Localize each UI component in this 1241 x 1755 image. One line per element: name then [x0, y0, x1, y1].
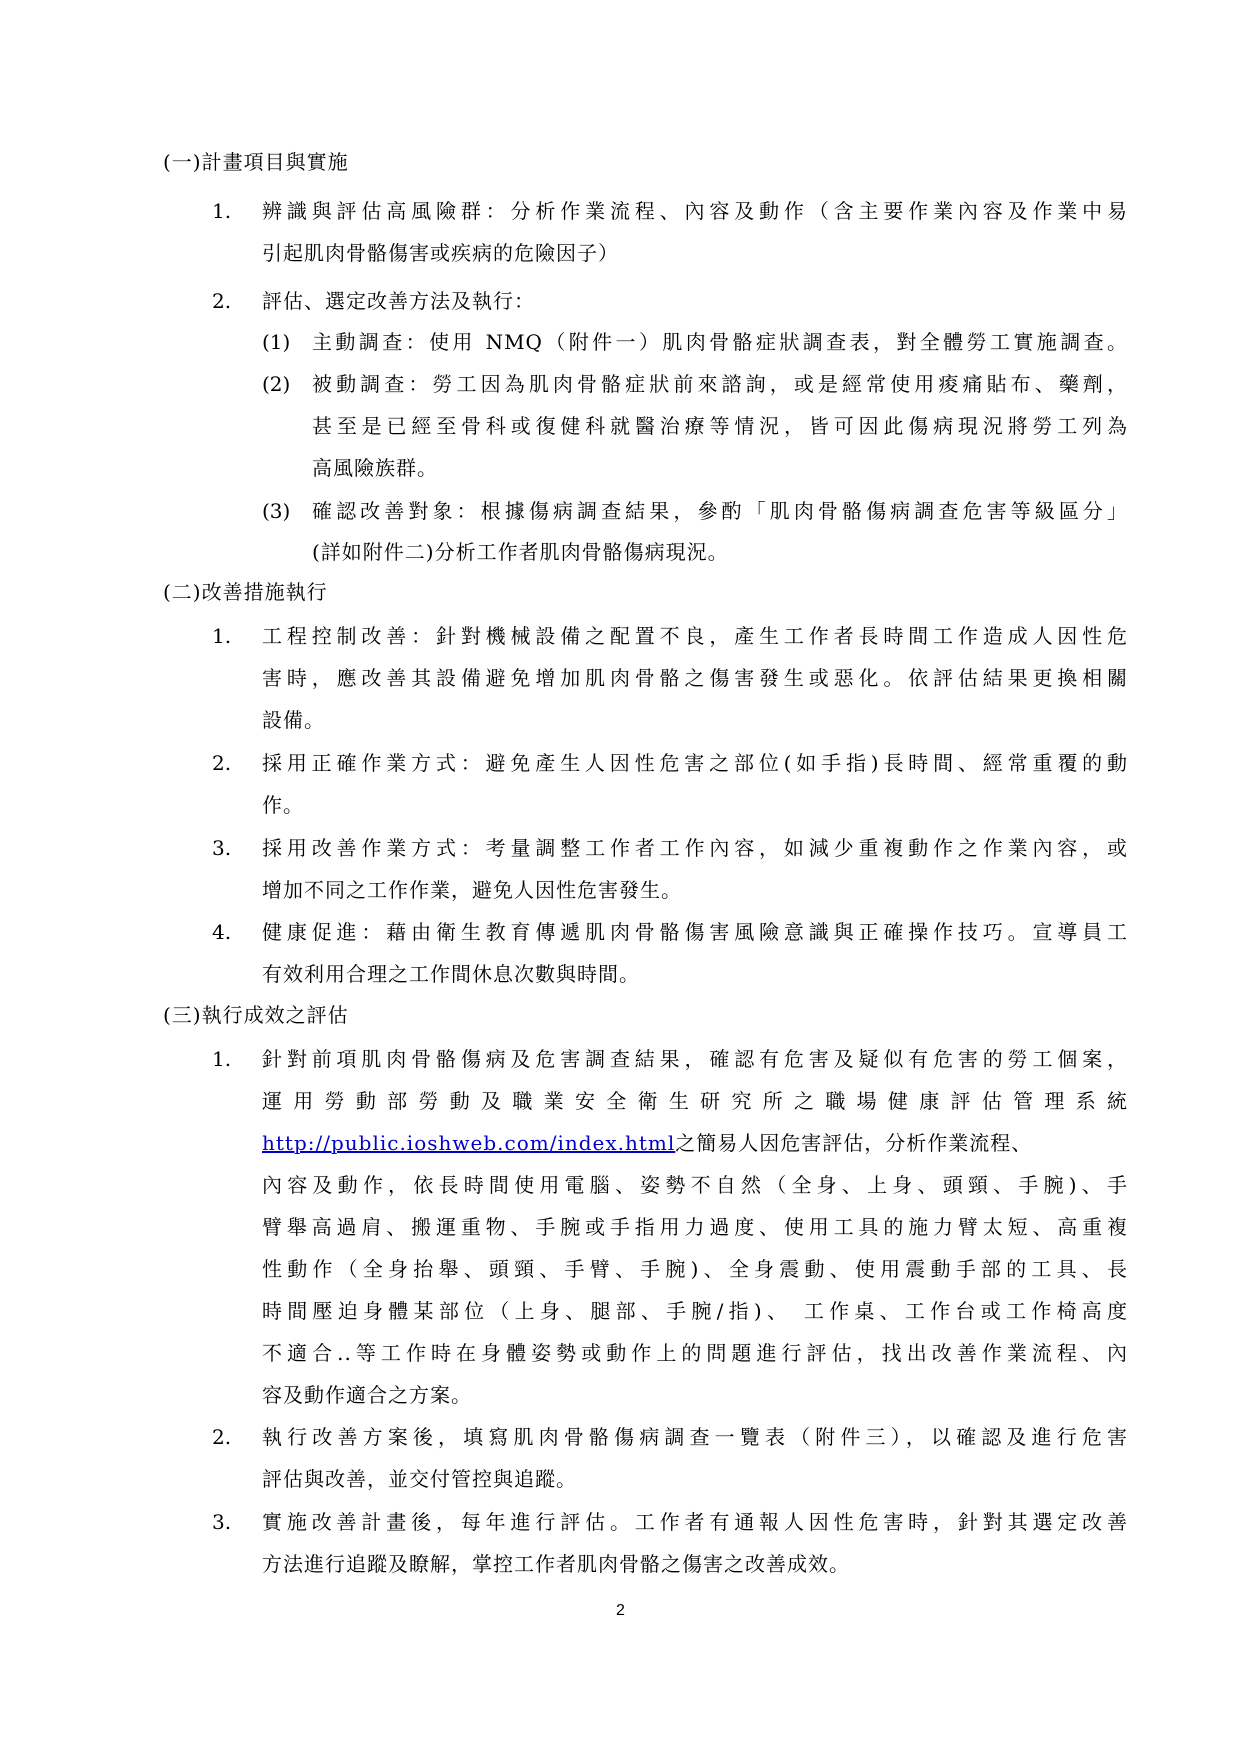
section-heading-3: (三)執行成效之評估	[163, 1001, 349, 1029]
section-heading-1: (一)計畫項目與實施	[163, 148, 349, 176]
item-text-line: 採用正確作業方式：避免產生人因性危害之部位(如手指)長時間、經常重覆的動	[262, 749, 1128, 777]
subitem-number: (2)	[262, 370, 290, 398]
item-text-line: 工程控制改善：針對機械設備之配置不良，產生工作者長時間工作造成人因性危	[262, 622, 1128, 650]
subitem-text-line: 確認改善對象：根據傷病調查結果，參酌「肌肉骨骼傷病調查危害等級區分」	[312, 497, 1128, 525]
item-number: 1.	[212, 622, 231, 650]
section-heading-2: (二)改善措施執行	[163, 578, 328, 606]
subitem-text-line: 高風險族群。	[312, 454, 438, 482]
subitem-text-line: (詳如附件二)分析工作者肌肉骨骼傷病現況。	[312, 538, 729, 566]
item-number: 1.	[212, 197, 231, 225]
subitem-text-line: 主動調查：使用 NMQ（附件一）肌肉骨骼症狀調查表，對全體勞工實施調查。	[312, 328, 1128, 356]
item-text-line: 容及動作適合之方案。	[262, 1381, 472, 1409]
item-text-line: 有效利用合理之工作間休息次數與時間。	[262, 960, 640, 988]
subitem-text-line: 甚至是已經至骨科或復健科就醫治療等情況，皆可因此傷病現況將勞工列為	[312, 412, 1128, 440]
item-text-line: 性動作（全身抬舉、頭頸、手臂、手腕)、全身震動、使用震動手部的工具、長	[262, 1255, 1128, 1283]
item-text-line: 方法進行追蹤及瞭解，掌控工作者肌肉骨骼之傷害之改善成效。	[262, 1550, 850, 1578]
subitem-text-line: 被動調查：勞工因為肌肉骨骼症狀前來諮詢，或是經常使用痠痛貼布、藥劑，	[312, 370, 1128, 398]
item-text-line: 運用勞動部勞動及職業安全衛生研究所之職場健康評估管理系統	[262, 1087, 1128, 1115]
link-suffix-text: 之簡易人因危害評估，分析作業流程、	[675, 1131, 1032, 1155]
item-number: 2.	[212, 287, 231, 315]
item-number: 3.	[212, 1508, 231, 1536]
ioshweb-link[interactable]: http://public.ioshweb.com/index.html	[262, 1131, 675, 1155]
item-number: 2.	[212, 1423, 231, 1451]
item-text-line-with-link: http://public.ioshweb.com/index.html之簡易人…	[262, 1129, 1032, 1157]
item-text-line: 實施改善計畫後，每年進行評估。工作者有通報人因性危害時，針對其選定改善	[262, 1508, 1128, 1536]
item-text-line: 時間壓迫身體某部位（上身、腿部、手腕/指)、 工作桌、工作台或工作椅高度	[262, 1297, 1128, 1325]
item-text-line: 辨識與評估高風險群：分析作業流程、內容及動作（含主要作業內容及作業中易	[262, 197, 1128, 225]
item-text-line: 引起肌肉骨骼傷害或疾病的危險因子）	[262, 239, 619, 267]
subitem-number: (3)	[262, 497, 290, 525]
item-text-line: 內容及動作，依長時間使用電腦、姿勢不自然（全身、上身、頭頸、手腕)、手	[262, 1171, 1128, 1199]
item-number: 3.	[212, 834, 231, 862]
item-number: 4.	[212, 918, 231, 946]
item-text-line: 設備。	[262, 706, 325, 734]
item-text-line: 採用改善作業方式：考量調整工作者工作內容，如減少重複動作之作業內容，或	[262, 834, 1128, 862]
item-number: 2.	[212, 749, 231, 777]
item-text-line: 不適合..等工作時在身體姿勢或動作上的問題進行評估，找出改善作業流程、內	[262, 1339, 1128, 1367]
item-text-line: 評估、選定改善方法及執行：	[262, 287, 535, 315]
item-text-line: 針對前項肌肉骨骼傷病及危害調查結果，確認有危害及疑似有危害的勞工個案，	[262, 1045, 1128, 1073]
page-number: 2	[0, 1602, 1241, 1620]
item-text-line: 執行改善方案後，填寫肌肉骨骼傷病調查一覽表（附件三），以確認及進行危害	[262, 1423, 1128, 1451]
item-text-line: 臂舉高過肩、搬運重物、手腕或手指用力過度、使用工具的施力臂太短、高重複	[262, 1213, 1128, 1241]
item-number: 1.	[212, 1045, 231, 1073]
item-text-line: 評估與改善，並交付管控與追蹤。	[262, 1465, 577, 1493]
item-text-line: 作。	[262, 791, 304, 819]
subitem-number: (1)	[262, 328, 290, 356]
item-text-line: 害時，應改善其設備避免增加肌肉骨骼之傷害發生或惡化。依評估結果更換相關	[262, 664, 1128, 692]
item-text-line: 健康促進：藉由衛生教育傳遞肌肉骨骼傷害風險意識與正確操作技巧。宣導員工	[262, 918, 1128, 946]
item-text-line: 增加不同之工作作業，避免人因性危害發生。	[262, 876, 682, 904]
